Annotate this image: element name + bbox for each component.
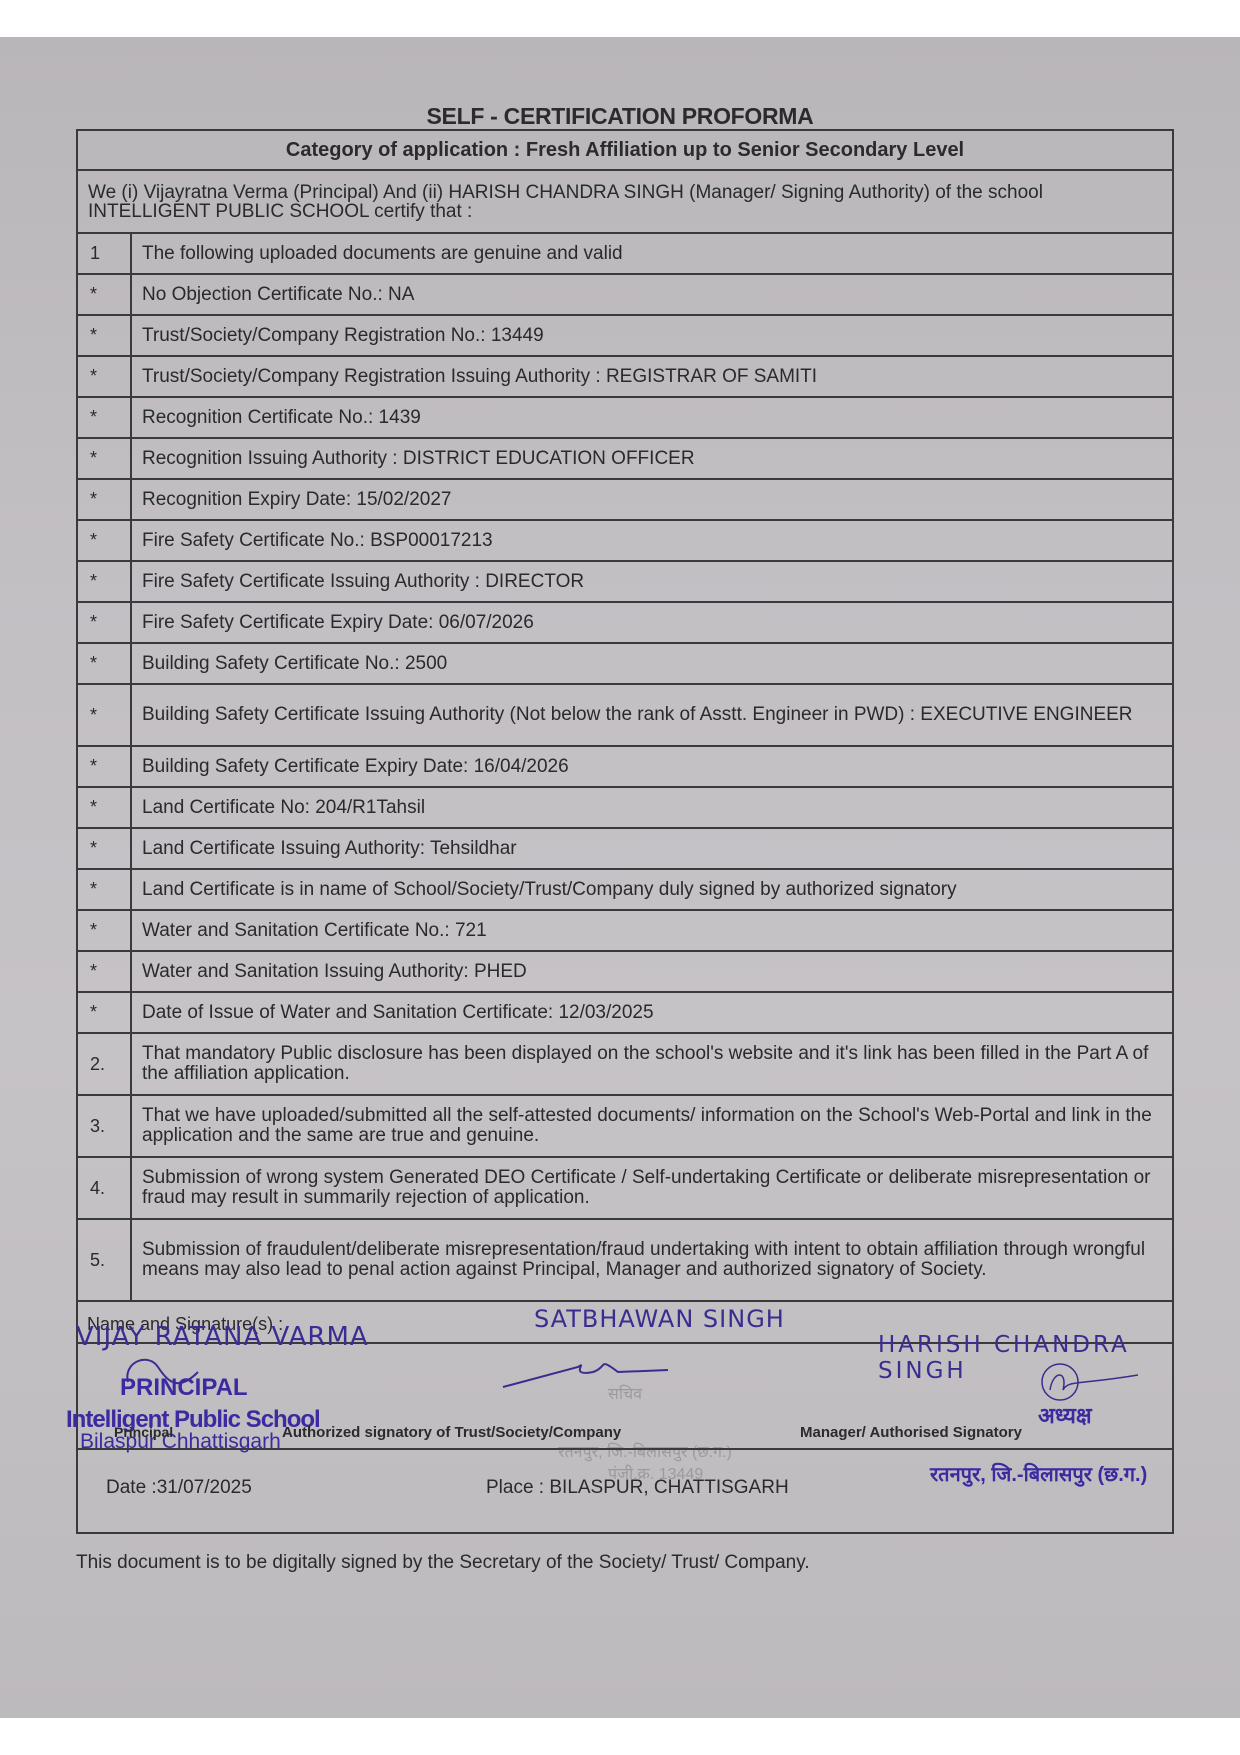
row-number: 2. xyxy=(78,1034,132,1094)
category-row: Category of application : Fresh Affiliat… xyxy=(78,131,1172,171)
signature-block: Name and Signature(s) : VIJAY RATANA VAR… xyxy=(78,1302,1172,1534)
principal-stamp-title: PRINCIPAL xyxy=(120,1374,248,1402)
table-row: *Trust/Society/Company Registration No.:… xyxy=(78,316,1172,357)
row-text: That we have uploaded/submitted all the … xyxy=(132,1096,1172,1156)
row-number: * xyxy=(78,685,132,745)
row-number: * xyxy=(78,275,132,314)
row-number: * xyxy=(78,439,132,478)
trust-stamp-place: रतनपुर, जि.-बिलासपुर (छ.ग.) xyxy=(558,1440,732,1462)
row-text: Submission of fraudulent/deliberate misr… xyxy=(132,1220,1172,1300)
row-text: Recognition Expiry Date: 15/02/2027 xyxy=(132,480,1172,519)
footer-note: This document is to be digitally signed … xyxy=(76,1552,810,1574)
row-number: * xyxy=(78,911,132,950)
row-text: Trust/Society/Company Registration Issui… xyxy=(132,357,1172,396)
table-row: *Building Safety Certificate Issuing Aut… xyxy=(78,685,1172,747)
certification-table: Category of application : Fresh Affiliat… xyxy=(76,129,1174,1534)
row-number: * xyxy=(78,788,132,827)
table-row: *Water and Sanitation Issuing Authority:… xyxy=(78,952,1172,993)
principal-role-label: Principal xyxy=(114,1424,173,1440)
trust-role-label: Authorized signatory of Trust/Society/Co… xyxy=(282,1424,621,1441)
table-row: *Recognition Certificate No.: 1439 xyxy=(78,398,1172,439)
row-number: * xyxy=(78,357,132,396)
row-number: * xyxy=(78,747,132,786)
row-number: * xyxy=(78,562,132,601)
table-row: *Trust/Society/Company Registration Issu… xyxy=(78,357,1172,398)
row-text: Submission of wrong system Generated DEO… xyxy=(132,1158,1172,1218)
row-text: Fire Safety Certificate Issuing Authorit… xyxy=(132,562,1172,601)
table-row: 3.That we have uploaded/submitted all th… xyxy=(78,1096,1172,1158)
row-text: Date of Issue of Water and Sanitation Ce… xyxy=(132,993,1172,1032)
manager-role-label: Manager/ Authorised Signatory xyxy=(800,1424,1022,1441)
row-number: * xyxy=(78,521,132,560)
table-row: *Fire Safety Certificate Issuing Authori… xyxy=(78,562,1172,603)
row-text: Building Safety Certificate Issuing Auth… xyxy=(132,685,1172,745)
table-row: *Water and Sanitation Certificate No.: 7… xyxy=(78,911,1172,952)
row-text: Trust/Society/Company Registration No.: … xyxy=(132,316,1172,355)
table-row: *No Objection Certificate No.: NA xyxy=(78,275,1172,316)
row-text: Fire Safety Certificate No.: BSP00017213 xyxy=(132,521,1172,560)
row-text: Building Safety Certificate No.: 2500 xyxy=(132,644,1172,683)
row-text: No Objection Certificate No.: NA xyxy=(132,275,1172,314)
row-text: Water and Sanitation Certificate No.: 72… xyxy=(132,911,1172,950)
manager-stamp-title: अध्यक्ष xyxy=(1038,1400,1092,1430)
row-number: 1 xyxy=(78,234,132,273)
row-text: Land Certificate No: 204/R1Tahsil xyxy=(132,788,1172,827)
trust-stamp-title: सचिव xyxy=(608,1382,642,1404)
row-number: * xyxy=(78,603,132,642)
table-row: *Building Safety Certificate Expiry Date… xyxy=(78,747,1172,788)
table-row: *Land Certificate is in name of School/S… xyxy=(78,870,1172,911)
row-text: Building Safety Certificate Expiry Date:… xyxy=(132,747,1172,786)
row-number: 3. xyxy=(78,1096,132,1156)
row-text: Recognition Issuing Authority : DISTRICT… xyxy=(132,439,1172,478)
manager-stamp-place: रतनपुर, जि.-बिलासपुर (छ.ग.) xyxy=(930,1460,1147,1487)
table-row: *Recognition Issuing Authority : DISTRIC… xyxy=(78,439,1172,480)
row-text: Recognition Certificate No.: 1439 xyxy=(132,398,1172,437)
signature-place: Place : BILASPUR, CHATTISGARH xyxy=(486,1477,789,1499)
table-row: *Date of Issue of Water and Sanitation C… xyxy=(78,993,1172,1034)
table-row: 5.Submission of fraudulent/deliberate mi… xyxy=(78,1220,1172,1302)
page-title: SELF - CERTIFICATION PROFORMA xyxy=(0,103,1240,130)
row-number: 4. xyxy=(78,1158,132,1218)
trust-handwritten-name: SATBHAWAN SINGH xyxy=(534,1305,785,1333)
row-number: * xyxy=(78,952,132,991)
table-row: *Land Certificate Issuing Authority: Teh… xyxy=(78,829,1172,870)
intro-row: We (i) Vijayratna Verma (Principal) And … xyxy=(78,171,1172,234)
table-row: *Building Safety Certificate No.: 2500 xyxy=(78,644,1172,685)
row-number: * xyxy=(78,829,132,868)
table-row: 2.That mandatory Public disclosure has b… xyxy=(78,1034,1172,1096)
intro-line-2: INTELLIGENT PUBLIC SCHOOL certify that : xyxy=(88,202,1043,221)
row-text: Land Certificate Issuing Authority: Tehs… xyxy=(132,829,1172,868)
table-row: 1The following uploaded documents are ge… xyxy=(78,234,1172,275)
intro-line-1: We (i) Vijayratna Verma (Principal) And … xyxy=(88,183,1043,202)
row-text: That mandatory Public disclosure has bee… xyxy=(132,1034,1172,1094)
signature-role-line xyxy=(78,1448,1172,1450)
row-number: 5. xyxy=(78,1220,132,1300)
table-row: *Recognition Expiry Date: 15/02/2027 xyxy=(78,480,1172,521)
row-number: * xyxy=(78,316,132,355)
row-number: * xyxy=(78,870,132,909)
certification-rows: 1The following uploaded documents are ge… xyxy=(78,234,1172,1302)
principal-handwritten-name: VIJAY RATANA VARMA xyxy=(76,1322,369,1352)
table-row: *Land Certificate No: 204/R1Tahsil xyxy=(78,788,1172,829)
row-text: The following uploaded documents are gen… xyxy=(132,234,1172,273)
row-number: * xyxy=(78,993,132,1032)
row-text: Water and Sanitation Issuing Authority: … xyxy=(132,952,1172,991)
row-text: Fire Safety Certificate Expiry Date: 06/… xyxy=(132,603,1172,642)
trust-signature-icon xyxy=(498,1352,678,1392)
row-text: Land Certificate is in name of School/So… xyxy=(132,870,1172,909)
table-row: 4.Submission of wrong system Generated D… xyxy=(78,1158,1172,1220)
table-row: *Fire Safety Certificate Expiry Date: 06… xyxy=(78,603,1172,644)
row-number: * xyxy=(78,644,132,683)
row-number: * xyxy=(78,480,132,519)
signature-date: Date :31/07/2025 xyxy=(106,1477,252,1499)
table-row: *Fire Safety Certificate No.: BSP0001721… xyxy=(78,521,1172,562)
principal-stamp-place: Bilaspur Chhattisgarh xyxy=(80,1430,281,1454)
row-number: * xyxy=(78,398,132,437)
